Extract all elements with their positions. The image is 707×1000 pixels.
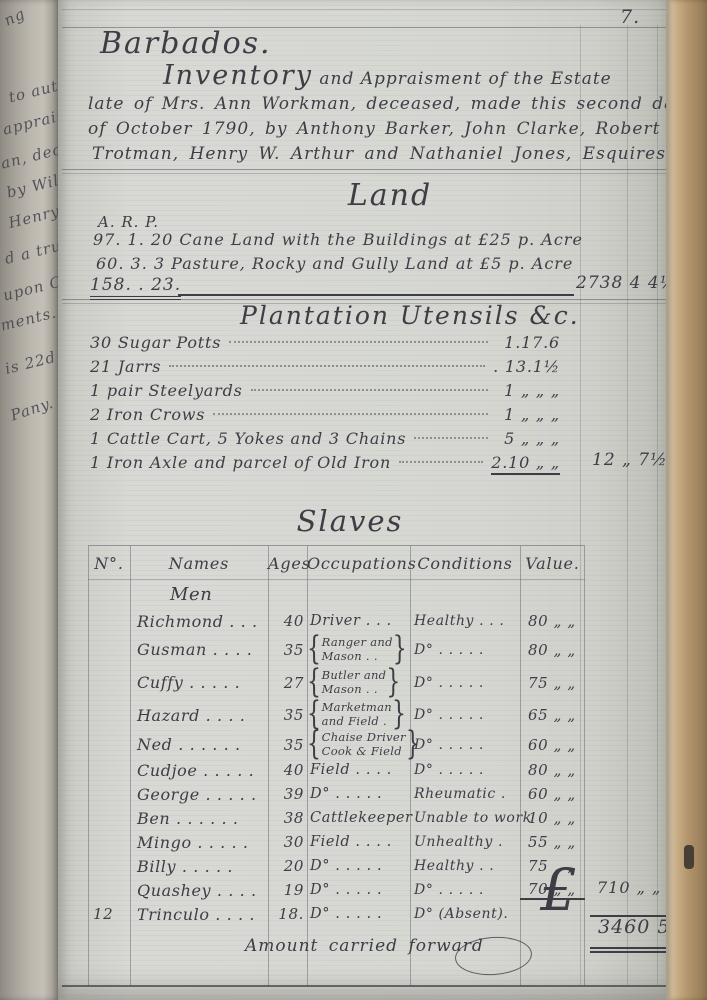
table-header-row: N°. Names Ages Occupations Conditions Va… [88,546,585,580]
cell-no: 12 [88,905,130,923]
men-subtotal: 710 „ „ [597,878,661,897]
column-header-conditions: Conditions [410,554,520,573]
cell-occupation: { Chaise Driver Cook & Field } [307,731,410,759]
utensil-desc: 1 Cattle Cart, 5 Yokes and 3 Chains [90,429,406,448]
cell-age: 39 [268,785,307,803]
utensil-desc: 30 Sugar Potts [90,333,221,352]
table-row: Cudjoe . . . . . 40 Field . . . . D° . .… [88,758,585,782]
cell-value: 55 „ „ [520,833,585,851]
cell-condition: D° . . . . . [410,642,520,658]
cell-occupation: D° . . . . . [307,786,410,802]
cell-value: 80 „ „ [520,641,585,659]
utensil-desc: 1 pair Steelyards [90,381,243,400]
table-row: Hazard . . . . 35 { Marketman and Field … [88,699,585,731]
cell-age: 20 [268,857,307,875]
dotted-leader [213,413,488,415]
utensil-item: 1 Cattle Cart, 5 Yokes and 3 Chains 5 „ … [90,429,560,453]
cell-age: 40 [268,612,307,630]
cell-condition: Unhealthy . [410,834,520,850]
column-header-names: Names [130,554,268,573]
dotted-leader [414,437,488,439]
title-rest: and Appraisment of the Estate [319,69,611,89]
cell-occupation: Field . . . . [307,834,410,850]
cash-column-line [627,25,628,985]
land-entry: 60. 3. 3 Pasture, Rocky and Gully Land a… [96,254,573,273]
cell-condition: D° . . . . . [410,882,520,898]
left-page-fragment: appraise [1,103,60,138]
left-page-fragment: by Willi [5,168,60,201]
left-page-fragment: to autho [7,72,60,107]
occupation-line: Cook & Field [322,745,406,759]
left-page-fragment: an, decea [0,135,60,172]
utensil-value: 5 „ „ „ [496,429,560,448]
group-label-row: Men [88,580,585,609]
left-page-fragment: ng [1,4,28,29]
cell-age: 19 [268,881,307,899]
cell-condition: Healthy . . . [410,613,520,629]
cell-name: Quashey . . . . [130,881,268,900]
left-page-fragment: upon Oath [1,266,60,305]
cell-name: Mingo . . . . . [130,833,268,852]
cell-age: 27 [268,674,307,692]
cell-name: George . . . . . [130,785,268,804]
utensil-desc: 2 Iron Crows [90,405,205,424]
title-line: Inventory and Appraisment of the Estate [163,60,612,91]
page-bottom-line [62,985,668,987]
table-row: Cuffy . . . . . 27 { Butler and Mason . … [88,666,585,699]
title-line: Trotman, Henry W. Arthur and Nathaniel J… [92,144,666,164]
ruled-line [62,169,666,170]
table-row: Ned . . . . . . 35 { Chaise Driver Cook … [88,731,585,758]
utensil-item: 21 Jarrs . 13.1½ [90,357,560,381]
cell-occupation: D° . . . . . [307,882,410,898]
table-row: Quashey . . . . 19 D° . . . . . D° . . .… [88,878,585,902]
table-row: 12 Trinculo . . . . 18. D° . . . . . D° … [88,902,585,926]
cell-name: Cudjoe . . . . . [130,761,268,780]
previous-page-edge: ng to autho appraise an, decea by Willi … [0,0,60,1000]
table-row: George . . . . . 39 D° . . . . . Rheumat… [88,782,585,806]
cell-name: Billy . . . . . [130,857,268,876]
land-total-acreage: 158. . 23. [90,275,181,300]
title-line: of October 1790, by Anthony Barker, John… [88,119,660,139]
utensil-value: . 13.1½ [493,357,560,376]
cell-value: 75 „ „ [520,674,585,692]
brace-right-icon: } [393,633,408,666]
land-arp-header: A. R. P. [98,213,159,231]
utensil-value: 1 „ „ „ [496,405,560,424]
pound-sign: £ [540,856,577,924]
utensil-item: 1 pair Steelyards 1 „ „ „ [90,381,560,405]
occupation-line: Mason . . [322,683,387,697]
cell-value: 60 „ „ [520,785,585,803]
brace-left-icon: { [307,666,322,699]
cell-name: Ned . . . . . . [130,735,268,754]
cell-condition: Unable to work [410,810,520,826]
cell-value: 80 „ „ [520,612,585,630]
dotted-leader [399,461,483,463]
book-binding [666,0,707,1000]
cell-condition: D° . . . . . [410,762,520,778]
cell-name: Hazard . . . . [130,706,268,725]
utensil-value: 1 „ „ „ [496,381,560,400]
dotted-leader [229,341,488,343]
title-place: Barbados. [100,26,272,61]
table-row: Mingo . . . . . 30 Field . . . . Unhealt… [88,830,585,854]
cell-condition: Healthy . . [410,858,520,874]
cell-value: 80 „ „ [520,761,585,779]
land-entry: 97. 1. 20 Cane Land with the Buildings a… [93,230,583,249]
brace-right-icon: } [406,728,421,761]
clasp-mark [684,845,694,869]
title-line: late of Mrs. Ann Workman, deceased, made… [88,94,686,114]
table-row: Richmond . . . 40 Driver . . . Healthy .… [88,609,585,633]
occupation-line: Marketman [322,701,392,715]
carried-forward-label: Amount carried forward [245,936,484,956]
cell-occupation: D° . . . . . [307,906,410,922]
cell-age: 40 [268,761,307,779]
cell-age: 18. [268,905,307,923]
table-row: Billy . . . . . 20 D° . . . . . Healthy … [88,854,585,878]
utensil-desc: 1 Iron Axle and parcel of Old Iron [90,453,391,472]
cell-name: Richmond . . . [130,612,268,631]
table-row: Ben . . . . . . 38 Cattlekeeper Unable t… [88,806,585,830]
cell-age: 35 [268,641,307,659]
page-number: 7. [620,6,640,28]
cell-occupation: Cattlekeeper [307,810,410,826]
utensil-item: 1 Iron Axle and parcel of Old Iron 2.10 … [90,453,560,477]
cell-condition: D° . . . . . [410,675,520,691]
column-header-no: N°. [88,554,130,573]
ruled-line [62,9,666,10]
cell-condition: D° . . . . . [410,737,520,753]
cell-name: Gusman . . . . [130,640,268,659]
utensil-item: 30 Sugar Potts 1.17.6 [90,333,560,357]
cell-name: Cuffy . . . . . [130,673,268,692]
utensil-value: 1.17.6 [496,333,560,352]
cell-occupation: { Ranger and Mason . . } [307,636,410,664]
cell-age: 38 [268,809,307,827]
land-total-line [178,294,574,296]
cell-condition: D° . . . . . [410,707,520,723]
occupation-line: and Field . [322,715,392,729]
occupation-line: Mason . . [322,650,393,664]
utensil-value: 2.10 „ „ [491,453,560,475]
cell-value: 65 „ „ [520,706,585,724]
total-double-line [590,947,668,949]
left-page-fragment: ments. [0,303,59,334]
cell-value: 60 „ „ [520,736,585,754]
left-page-fragment: is 22d. da [3,340,60,378]
cell-value: 10 „ „ [520,809,585,827]
title-word: Inventory [163,60,313,91]
cell-age: 35 [268,736,307,754]
cell-occupation: { Butler and Mason . . } [307,669,410,697]
brace-left-icon: { [307,633,322,666]
left-page-fragment: Henry [7,202,60,232]
cell-age: 35 [268,706,307,724]
brace-right-icon: } [386,666,401,699]
slaves-table: N°. Names Ages Occupations Conditions Va… [88,545,585,986]
column-header-occupations: Occupations [307,554,410,573]
cell-occupation: { Marketman and Field . } [307,701,410,729]
table-row: Gusman . . . . 35 { Ranger and Mason . .… [88,633,585,666]
left-page-fragment: d a true [3,234,60,268]
utensils-section-title: Plantation Utensils &c. [240,301,500,330]
cash-column-line [657,25,658,985]
cell-name: Trinculo . . . . [130,905,268,924]
cell-occupation: Driver . . . [307,613,410,629]
column-header-ages: Ages [268,554,307,573]
brace-right-icon: } [392,699,407,732]
cell-condition: Rheumatic . [410,786,520,802]
dotted-leader [251,389,488,391]
dotted-leader [169,365,485,367]
cell-condition: D° (Absent). [410,906,520,922]
group-label: Men [130,584,268,605]
slaves-section-title: Slaves [270,504,430,538]
cell-name: Ben . . . . . . [130,809,268,828]
cell-occupation: D° . . . . . [307,858,410,874]
ruled-line [62,173,666,174]
cell-occupation: Field . . . . [307,762,410,778]
table-body: Men Richmond . . . 40 Driver . . . Healt… [88,580,585,926]
occupation-line: Ranger and [322,636,393,650]
occupation-line: Butler and [322,669,387,683]
utensils-total: 12 „ 7½ [592,450,668,470]
total-double-line [590,951,668,953]
utensils-list: 30 Sugar Potts 1.17.6 21 Jarrs . 13.1½ 1… [90,333,560,477]
column-header-value: Value. [520,554,585,573]
utensil-item: 2 Iron Crows 1 „ „ „ [90,405,560,429]
land-section-title: Land [330,178,450,213]
utensil-desc: 21 Jarrs [90,357,161,376]
left-page-fragment: Pany. [8,394,56,425]
brace-left-icon: { [307,728,322,761]
cell-age: 30 [268,833,307,851]
